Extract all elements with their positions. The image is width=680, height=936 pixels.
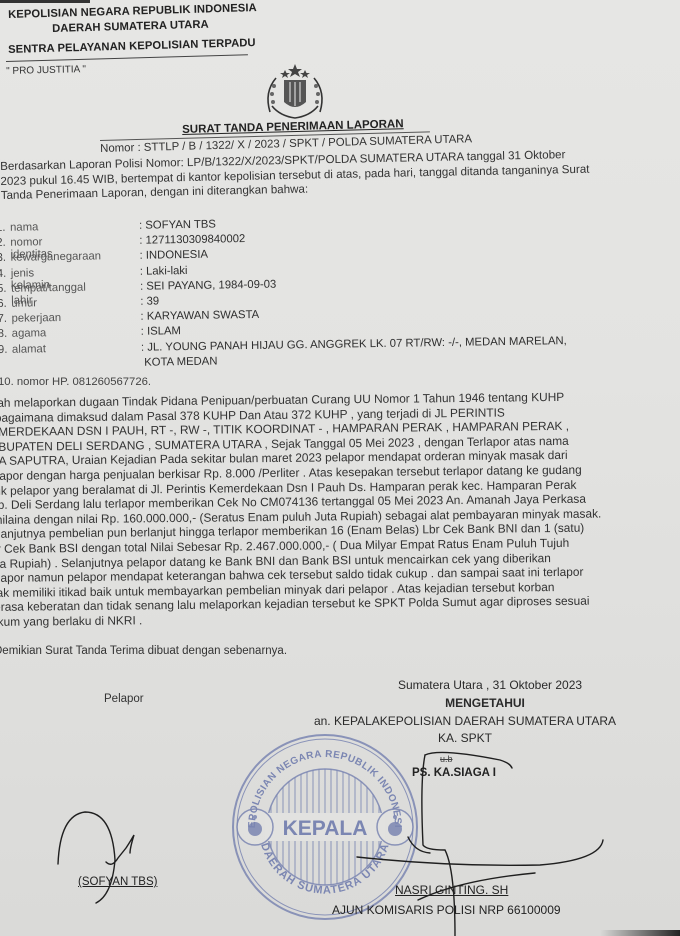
- row-number: 7.: [0, 313, 8, 325]
- row-value: : SEI PAYANG, 1984-09-03: [140, 278, 276, 292]
- row-value: KOTA MEDAN: [144, 355, 217, 368]
- officer-name: NASRI GINTING. SH: [395, 883, 508, 897]
- scan-edge: [600, 930, 680, 936]
- on-behalf-of: an. KEPALAKEPOLISIAN DAERAH SUMATERA UTA…: [295, 714, 635, 728]
- duty-officer-title: PS. KA.SIAGA I: [412, 767, 496, 779]
- police-emblem-icon: [260, 62, 330, 124]
- official-stamp-icon: KEPALA KEPOLISIAN NEGARA REPUBLIK INDONE…: [225, 727, 425, 927]
- reporter-label: Pelapor: [104, 693, 144, 705]
- row-value: : 1271130309840002: [139, 233, 245, 247]
- header-line-1: KEPOLISIAN NEGARA REPUBLIK INDONESIA: [8, 2, 257, 21]
- row-number: 1.: [0, 222, 6, 234]
- header-divider: [6, 54, 248, 62]
- row-number: 6.: [0, 298, 7, 310]
- row-value: : SOFYAN TBS: [139, 219, 216, 232]
- row-value: : INDONESIA: [139, 249, 208, 262]
- scan-edge: [0, 0, 90, 3]
- row-value: : KARYAWAN SWASTA: [140, 309, 259, 323]
- row-number: 9.: [0, 343, 8, 355]
- row-value: : JL. YOUNG PANAH HIJAU GG. ANGGREK LK. …: [141, 335, 567, 354]
- row-number: 8.: [0, 328, 8, 340]
- row-value: : 39: [140, 295, 159, 307]
- document-page: KEPOLISIAN NEGARA REPUBLIK INDONESIA DAE…: [0, 0, 680, 936]
- row-label: nama: [10, 221, 38, 233]
- header-line-2: DAERAH SUMATERA UTARA: [52, 19, 209, 35]
- closing-statement: Demikian Surat Tanda Terima dibuat denga…: [0, 645, 287, 657]
- header-line-3: SENTRA PELAYANAN KEPOLISIAN TERPADU: [8, 37, 256, 56]
- row-number: 4.: [0, 267, 7, 279]
- pro-justitia: " PRO JUSTITIA ": [6, 64, 86, 77]
- place-date: Sumatera Utara , 31 Oktober 2023: [345, 678, 635, 692]
- report-body: Telah melaporkan dugaan Tindak Pidana Pe…: [0, 389, 680, 630]
- officer-rank: AJUN KOMISARIS POLISI NRP 66100009: [332, 903, 561, 917]
- row-label: pekerjaan: [11, 312, 61, 325]
- row-value: : ISLAM: [141, 325, 181, 338]
- row-number: 5.: [0, 283, 7, 295]
- acknowledged-heading: MENGETAHUI: [335, 696, 635, 710]
- row-number: 2.: [0, 237, 6, 249]
- row-number: 3.: [0, 252, 7, 264]
- stamp-center-text: KEPALA: [283, 817, 368, 840]
- row-label: umur: [11, 297, 37, 309]
- row-value: : Laki-laki: [140, 265, 188, 278]
- row-label: alamat: [12, 343, 46, 356]
- row-label: kewarganegaraan: [10, 251, 101, 264]
- reporter-name: (SOFYAN TBS): [78, 876, 157, 888]
- reporter-signature-icon: [58, 812, 115, 903]
- on-behalf-abbrev: u.b: [440, 754, 453, 764]
- phone-number: 10. nomor HP. 081260567726.: [0, 376, 151, 388]
- row-label: agama: [12, 328, 47, 341]
